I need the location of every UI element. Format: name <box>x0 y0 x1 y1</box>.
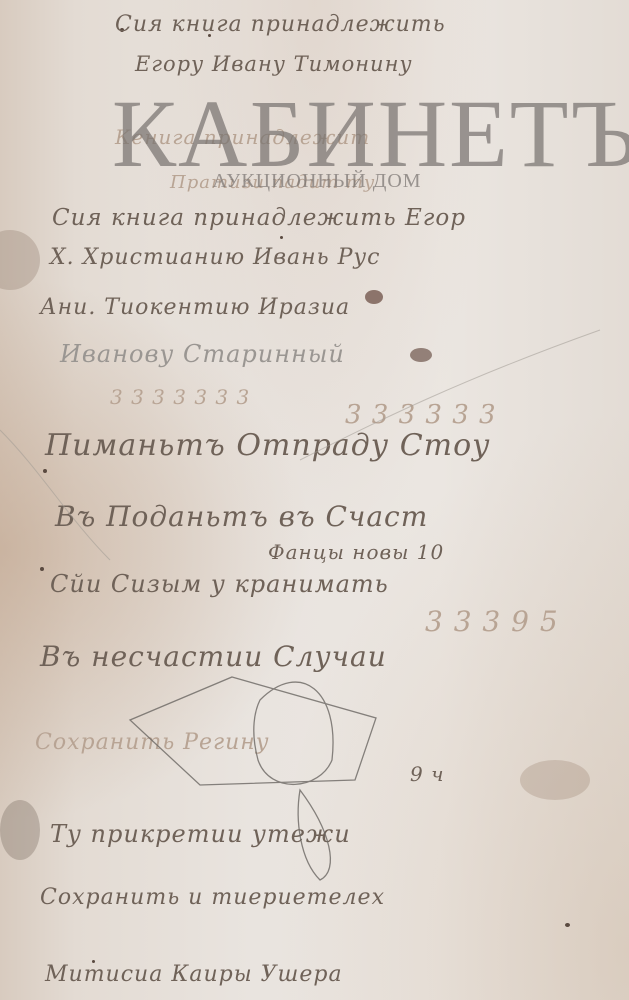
manuscript-page: Сия книга принадлежить Егору Ивану Тимон… <box>0 0 629 1000</box>
watermark: КАБИНЕТЪ АУКЦИОННЫЙ ДОМ <box>112 92 522 192</box>
watermark-title: КАБИНЕТЪ <box>112 92 522 176</box>
